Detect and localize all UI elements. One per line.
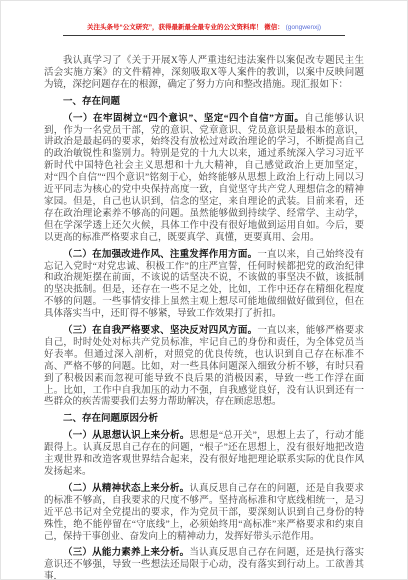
document-page: 关注头条号“公文研究”，获得最新最全最专业的公文资料库！ 微信： (gongwe…	[0, 0, 408, 580]
header-divider	[63, 35, 345, 36]
part2-item-2: （二）从精神状态上来分析。认真反思自己存在的问题，还是自我要求的标准不够高，自我…	[44, 484, 364, 544]
intro-text: 我认真学习了《关于开展X等人严重违纪违法案件以案促改专题民主生活会实施方案》的文…	[44, 56, 364, 90]
document-body: 我认真学习了《关于开展X等人严重违纪违法案件以案促改专题民主生活会实施方案》的文…	[44, 56, 364, 580]
part2-item-1-lead: （一）从思想认识上来分析。	[63, 431, 190, 441]
part1-item-1-lead: （一）在牢固树立“四个意识”、坚定“四个自信”方面。	[63, 114, 304, 124]
wechat-id: (gongwenxj)	[286, 24, 321, 31]
promo-banner: 关注头条号“公文研究”，获得最新最全最专业的公文资料库！ 微信： (gongwe…	[1, 24, 407, 32]
part2-item-2-lead: （二）从精神状态上来分析。	[63, 484, 189, 494]
part1-item-2-body: 一直以来，自己始终没有忘记入党时“对党忠诚、积极工作”的庄严宣誓，任何时候都把党…	[44, 250, 364, 320]
wechat-label: 微信：	[264, 24, 284, 31]
part2-item-3: （三）从能力素养上来分析。当认真反思自己存在问题，还是执行落实意识还不够强，导致…	[44, 548, 364, 580]
part1-item-3-lead: （三）在自我严格要求、坚决反对四风方面。	[63, 326, 257, 336]
part1-item-2: （二）在加强改进作风、注重发挥作用方面。一直以来，自己始终没有忘记入党时“对党忠…	[44, 250, 364, 321]
part1-heading: 一、存在问题	[44, 97, 364, 109]
part1-item-3-body: 一直以来，能够严格要求自己，时时处处对标共产党员标准，牢记自己的身份和责任，为全…	[44, 326, 364, 407]
part2-item-3-lead: （三）从能力素养上来分析。	[63, 548, 189, 558]
part1-item-1: （一）在牢固树立“四个意识”、坚定“四个自信”方面。自己能够认识到，作为一名党员…	[44, 114, 364, 245]
part1-item-3: （三）在自我严格要求、坚决反对四风方面。一直以来，能够严格要求自己，时时处处对标…	[44, 326, 364, 409]
part2-item-1: （一）从思想认识上来分析。思想是“总开关”，思想上去了，行动才能跟得上。认真反思…	[44, 431, 364, 479]
part2-heading: 二、存在问题原因分析	[44, 414, 364, 426]
promo-text: 关注头条号“公文研究”，获得最新最全最专业的公文资料库！	[87, 24, 263, 31]
part1-item-2-lead: （二）在加强改进作风、注重发挥作用方面。	[63, 250, 257, 260]
intro-paragraph: 我认真学习了《关于开展X等人严重违纪违法案件以案促改专题民主生活会实施方案》的文…	[44, 56, 364, 92]
part1-item-1-body: 自己能够认识到，作为一名党员干部，党的意识、党章意识、党员意识是最根本的意识，讲…	[44, 114, 364, 243]
